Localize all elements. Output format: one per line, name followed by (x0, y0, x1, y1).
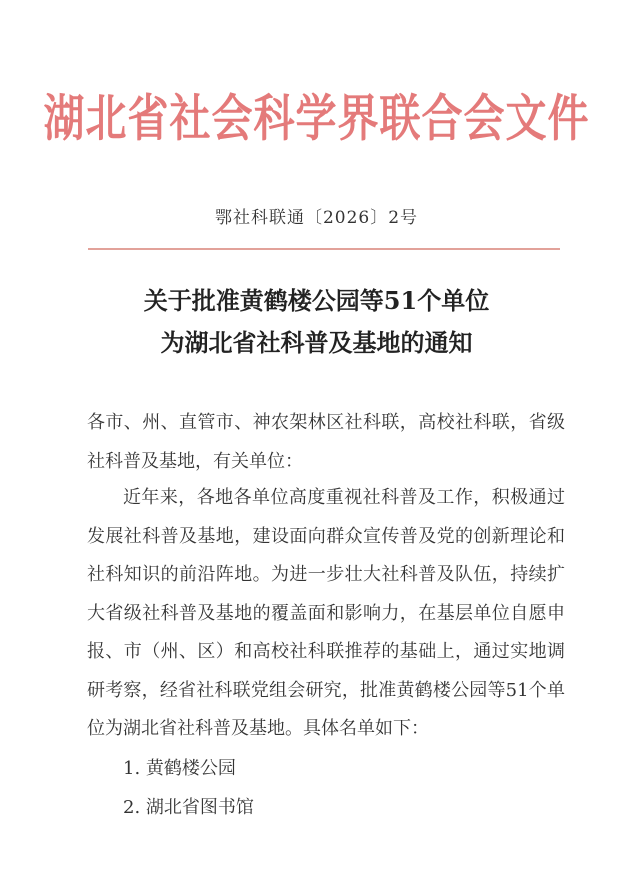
document-number: 鄂社科联通〔2026〕2号 (0, 203, 633, 228)
document-title: 关于批准黄鹤楼公园等51个单位 为湖北省社科普及基地的通知 (0, 280, 633, 364)
list-item: 1. 黄鹤楼公园 (87, 750, 565, 789)
base-list: 1. 黄鹤楼公园 2. 湖北省图书馆 (87, 750, 565, 827)
list-item: 2. 湖北省图书馆 (87, 789, 565, 828)
title-line-1: 关于批准黄鹤楼公园等51个单位 (0, 280, 633, 322)
document-masthead: 湖北省社会科学界联合会文件 (0, 78, 633, 150)
body-paragraph: 近年来，各地各单位高度重视社科普及工作，积极通过发展社科普及基地，建设面向群众宣… (87, 479, 565, 749)
title-line-2: 为湖北省社科普及基地的通知 (0, 322, 633, 364)
salutation: 各市、州、直管市、神农架林区社科联，高校社科联，省级社科普及基地，有关单位： (87, 404, 565, 481)
red-divider-line (88, 248, 560, 250)
